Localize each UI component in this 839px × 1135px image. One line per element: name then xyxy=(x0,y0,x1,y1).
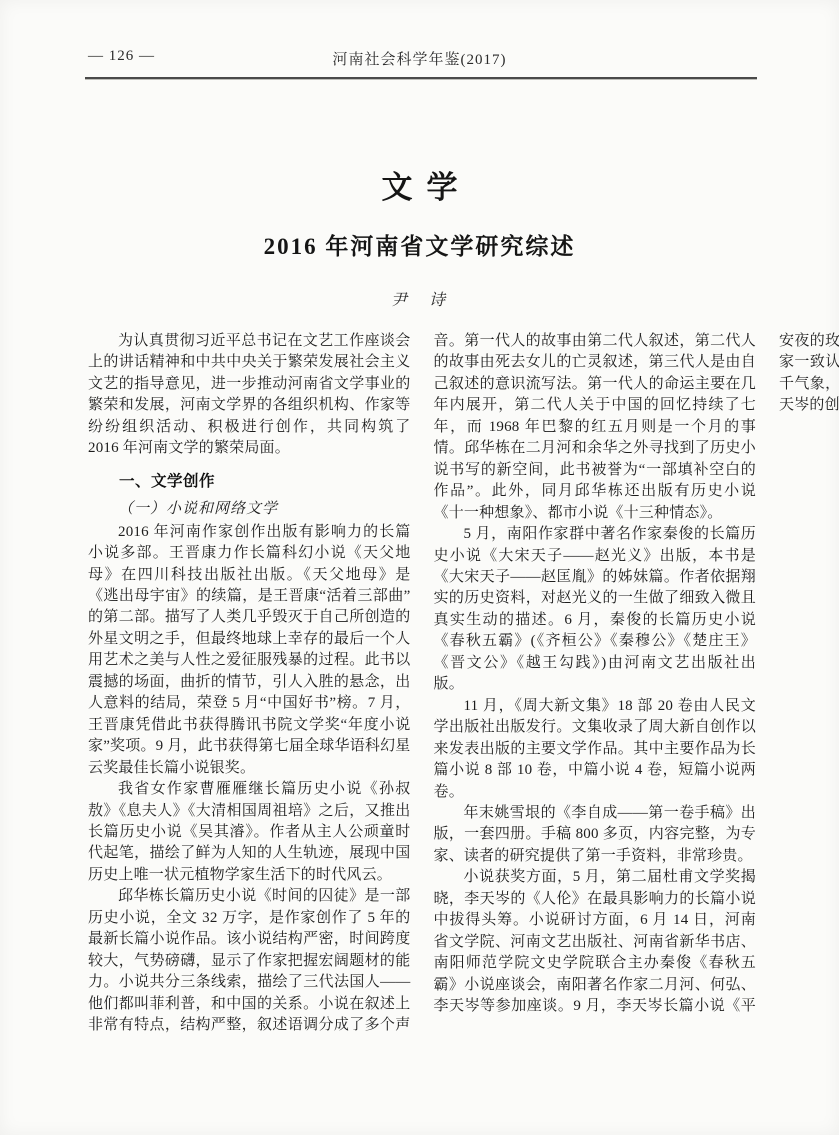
yearbook-page: — 126 — 河南社会科学年鉴(2017) 文学 2016 年河南省文学研究综… xyxy=(0,0,839,1135)
body-paragraph-caoyanyan: 我省女作家曹雁雁继长篇历史小说《孙叔敖》《息夫人》《大清相国周祖培》之后，又推出… xyxy=(88,779,411,886)
article-body: 为认真贯彻习近平总书记在文艺工作座谈会上的讲话精神和中共中央关于繁荣发展社会主义… xyxy=(88,331,756,1037)
subsection-heading: （一）小说和网络文学 xyxy=(88,499,411,520)
body-paragraph-qinjun: 5 月，南阳作家群中著名作家秦俊的长篇历史小说《大宋天子——赵光义》出版，本书是… xyxy=(434,524,757,696)
header-rule xyxy=(85,77,757,80)
body-paragraph-novel-wangjinkang: 2016 年河南作家创作出版有影响力的长篇小说多部。王晋康力作长篇科幻小说《天父… xyxy=(88,522,411,779)
body-paragraph-yaoxueyin: 年末姚雪垠的《李自成——第一卷手稿》出版，一套四册。手稿 800 多页，内容完整… xyxy=(434,803,757,867)
article-title: 2016 年河南省文学研究综述 xyxy=(0,228,839,261)
yearbook-title: 河南社会科学年鉴(2017) xyxy=(0,48,839,69)
section-heading: 一、文学创作 xyxy=(88,471,411,492)
author-name: 尹 诗 xyxy=(0,287,839,310)
category-title: 文学 xyxy=(0,162,839,207)
body-paragraph-zhoudaxin: 11 月，《周大新文集》18 部 20 卷由人民文学出版社出版发行。文集收录了周… xyxy=(434,696,757,803)
intro-paragraph: 为认真贯彻习近平总书记在文艺工作座谈会上的讲话精神和中共中央关于繁荣发展社会主义… xyxy=(88,331,411,460)
page-header: — 126 — 河南社会科学年鉴(2017) xyxy=(0,48,839,70)
